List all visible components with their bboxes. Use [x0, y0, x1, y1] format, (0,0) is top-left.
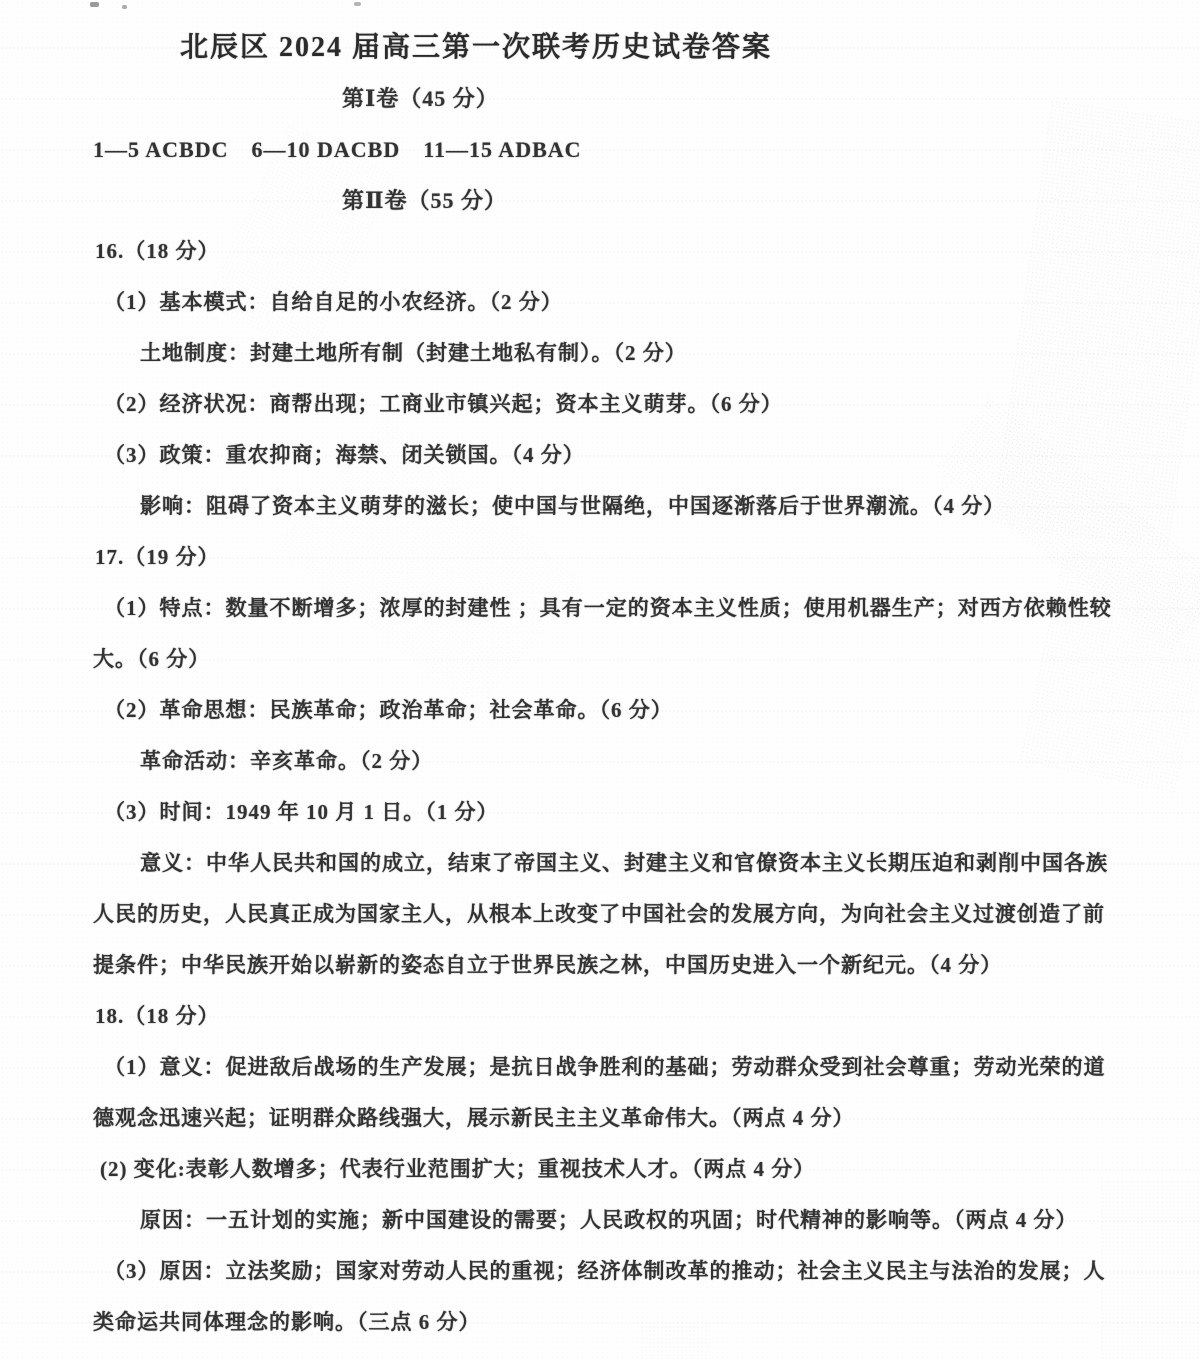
- question17-header: 17.（19 分）: [0, 532, 1200, 583]
- part2-heading: 第Ⅱ卷（55 分）: [0, 175, 1200, 226]
- q17-answer-line: （2）革命思想：民族革命；政治革命；社会革命。（6 分）: [0, 685, 1200, 736]
- multiple-choice-answer-key: 1—5 ACBDC 6—10 DACBD 11—15 ADBAC: [0, 124, 1200, 175]
- q18-answer-line: 原因：一五计划的实施；新中国建设的需要；人民政权的巩固；时代精神的影响等。（两点…: [0, 1195, 1200, 1246]
- q16-answer-line: 影响：阻碍了资本主义萌芽的滋长；使中国与世隔绝，中国逐渐落后于世界潮流。（4 分…: [0, 481, 1200, 532]
- q16-answer-line: 土地制度：封建土地所有制（封建土地私有制）。（2 分）: [0, 328, 1200, 379]
- q18-answer-line: （3）原因：立法奖励；国家对劳动人民的重视；经济体制改革的推动；社会主义民主与法…: [0, 1246, 1200, 1297]
- question18-header: 18.（18 分）: [0, 991, 1200, 1042]
- q16-answer-line: （3）政策：重农抑商；海禁、闭关锁国。（4 分）: [0, 430, 1200, 481]
- question16-header: 16.（18 分）: [0, 226, 1200, 277]
- q18-answer-line: 类命运共同体理念的影响。（三点 6 分）: [0, 1297, 1200, 1348]
- q17-answer-line: 大。（6 分）: [0, 634, 1200, 685]
- q17-answer-line: （1）特点：数量不断增多；浓厚的封建性 ；具有一定的资本主义性质；使用机器生产；…: [0, 583, 1200, 634]
- part1-heading: 第Ⅰ卷（45 分）: [0, 73, 1200, 124]
- q18-answer-line: (2) 变化:表彰人数增多；代表行业范围扩大；重视技术人才。（两点 4 分）: [0, 1144, 1200, 1195]
- q17-answer-line: （3）时间：1949 年 10 月 1 日。（1 分）: [0, 787, 1200, 838]
- q17-answer-line: 意义：中华人民共和国的成立，结束了帝国主义、封建主义和官僚资本主义长期压迫和剥削…: [0, 838, 1200, 889]
- q16-answer-line: （2）经济状况：商帮出现；工商业市镇兴起；资本主义萌芽。（6 分）: [0, 379, 1200, 430]
- top-margin: [0, 0, 1200, 22]
- q18-answer-line: 德观念迅速兴起；证明群众路线强大，展示新民主主义革命伟大。（两点 4 分）: [0, 1093, 1200, 1144]
- page-title: 北辰区 2024 届高三第一次联考历史试卷答案: [0, 22, 1200, 73]
- q17-answer-line: 提条件；中华民族开始以崭新的姿态自立于世界民族之林，中国历史进入一个新纪元。（4…: [0, 940, 1200, 991]
- q18-answer-line: （1）意义：促进敌后战场的生产发展；是抗日战争胜利的基础；劳动群众受到社会尊重；…: [0, 1042, 1200, 1093]
- exam-answer-sheet-page: 北辰区 2024 届高三第一次联考历史试卷答案 第Ⅰ卷（45 分） 1—5 AC…: [0, 0, 1200, 1362]
- q16-answer-line: （1）基本模式：自给自足的小农经济。（2 分）: [0, 277, 1200, 328]
- q17-answer-line: 人民的历史，人民真正成为国家主人，从根本上改变了中国社会的发展方向，为向社会主义…: [0, 889, 1200, 940]
- q17-answer-line: 革命活动：辛亥革命。（2 分）: [0, 736, 1200, 787]
